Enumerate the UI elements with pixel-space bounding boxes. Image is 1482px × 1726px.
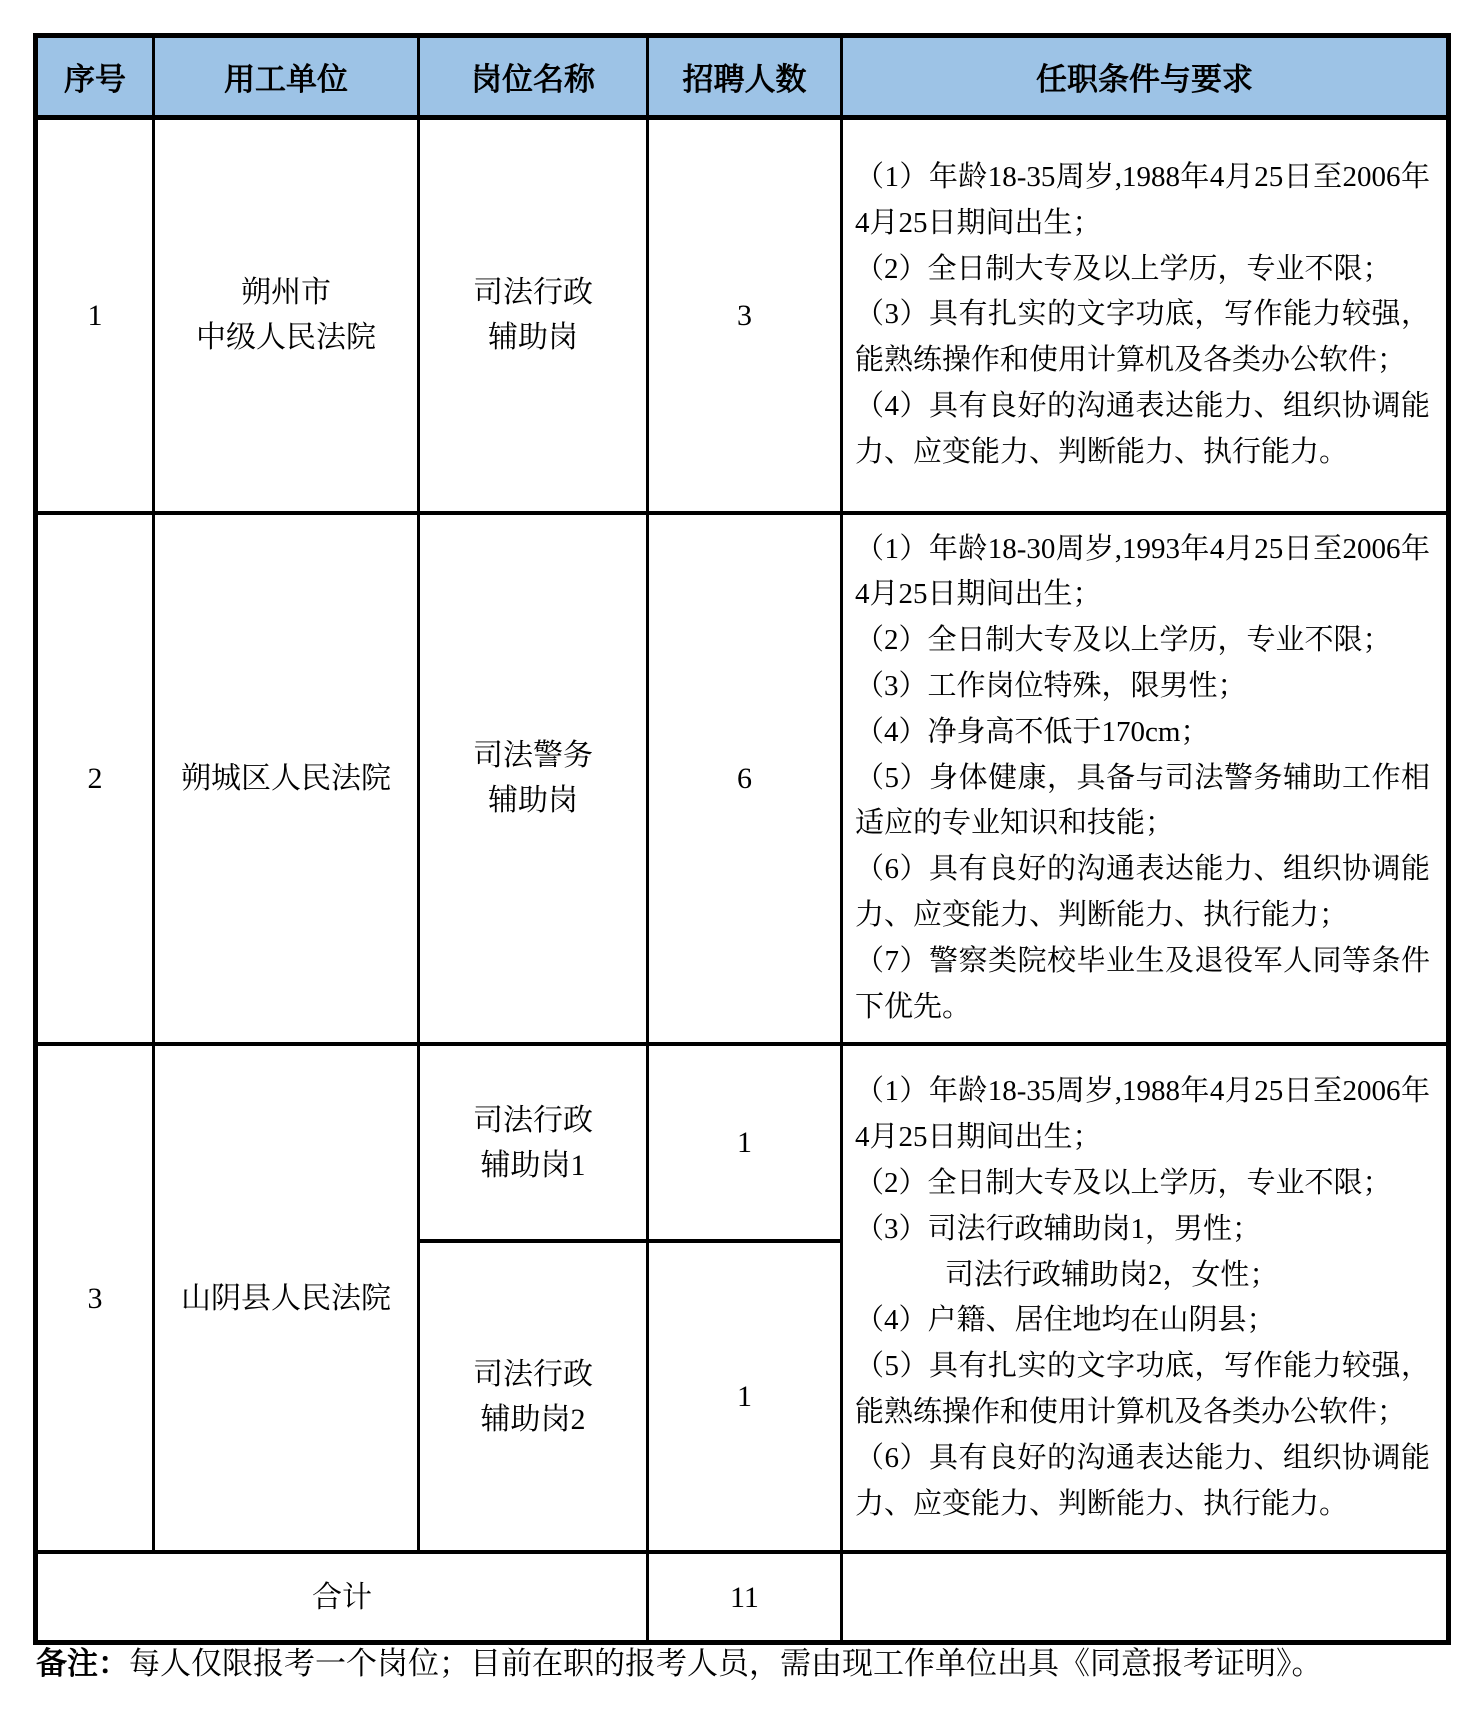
recruitment-table-wrap: 序号 用工单位 岗位名称 招聘人数 任职条件与要求 1 朔州市 中级人民法院 司… [33,33,1451,1645]
total-count: 11 [648,1552,842,1642]
requirement-line: （6）具有良好的沟通表达能力、组织协调能力、应变能力、判断能力、执行能力； [855,847,1430,939]
total-row: 合计 11 [36,1552,1449,1642]
requirement-line: （4）净身高不低于170cm； [855,710,1430,756]
row3-count-1: 1 [648,1044,842,1241]
row2-requirements: （1）年龄18-30周岁,1993年4月25日至2006年4月25日期间出生； … [842,513,1449,1045]
row3-no: 3 [36,1044,154,1552]
requirement-line: （2）全日制大专及以上学历，专业不限； [855,247,1430,293]
row2-count: 6 [648,513,842,1045]
row1-requirements: （1）年龄18-35周岁,1988年4月25日至2006年4月25日期间出生； … [842,118,1449,513]
row3-employer: 山阴县人民法院 [154,1044,419,1552]
requirement-line: （1）年龄18-30周岁,1993年4月25日至2006年4月25日期间出生； [855,527,1430,619]
header-cell-count: 招聘人数 [648,36,842,118]
requirement-line: （3）司法行政辅助岗1，男性； [855,1207,1430,1253]
header-row: 序号 用工单位 岗位名称 招聘人数 任职条件与要求 [36,36,1449,118]
row3-position-1: 司法行政 辅助岗1 [419,1044,648,1241]
row2-no: 2 [36,513,154,1045]
row2-position: 司法警务 辅助岗 [419,513,648,1045]
requirement-line: （1）年龄18-35周岁,1988年4月25日至2006年4月25日期间出生； [855,155,1430,247]
table-row: 1 朔州市 中级人民法院 司法行政 辅助岗 3 （1）年龄18-35周岁,198… [36,118,1449,513]
row2-employer: 朔城区人民法院 [154,513,419,1045]
table-row: 3 山阴县人民法院 司法行政 辅助岗1 1 （1）年龄18-35周岁,1988年… [36,1044,1449,1241]
requirement-line: （5）身体健康，具备与司法警务辅助工作相适应的专业知识和技能； [855,756,1430,848]
row1-position: 司法行政 辅助岗 [419,118,648,513]
row3-requirements: （1）年龄18-35周岁,1988年4月25日至2006年4月25日期间出生； … [842,1044,1449,1552]
row1-no: 1 [36,118,154,513]
header-cell-position: 岗位名称 [419,36,648,118]
row1-count: 3 [648,118,842,513]
table-row: 2 朔城区人民法院 司法警务 辅助岗 6 （1）年龄18-30周岁,1993年4… [36,513,1449,1045]
row3-position-2: 司法行政 辅助岗2 [419,1241,648,1552]
requirement-line: （3）工作岗位特殊，限男性； [855,664,1430,710]
total-requirements-empty [842,1552,1449,1642]
requirement-line: （5）具有扎实的文字功底，写作能力较强，能熟练操作和使用计算机及各类办公软件； [855,1344,1430,1436]
header-cell-no: 序号 [36,36,154,118]
row3-count-2: 1 [648,1241,842,1552]
footnote: 备注：每人仅限报考一个岗位；目前在职的报考人员，需由现工作单位出具《同意报考证明… [36,1642,1446,1685]
header-cell-employer: 用工单位 [154,36,419,118]
recruitment-table: 序号 用工单位 岗位名称 招聘人数 任职条件与要求 1 朔州市 中级人民法院 司… [33,33,1451,1645]
requirement-line: （6）具有良好的沟通表达能力、组织协调能力、应变能力、判断能力、执行能力。 [855,1436,1430,1528]
footnote-text: 每人仅限报考一个岗位；目前在职的报考人员，需由现工作单位出具《同意报考证明》。 [129,1646,1323,1681]
requirement-line: （2）全日制大专及以上学历，专业不限； [855,1161,1430,1207]
footnote-label: 备注： [36,1646,129,1681]
header-cell-requirements: 任职条件与要求 [842,36,1449,118]
requirement-line: 司法行政辅助岗2，女性； [855,1253,1430,1299]
row1-employer: 朔州市 中级人民法院 [154,118,419,513]
requirement-line: （4）具有良好的沟通表达能力、组织协调能力、应变能力、判断能力、执行能力。 [855,384,1430,476]
total-label: 合计 [36,1552,648,1642]
requirement-line: （4）户籍、居住地均在山阴县； [855,1298,1430,1344]
requirement-line: （2）全日制大专及以上学历，专业不限； [855,618,1430,664]
requirement-line: （7）警察类院校毕业生及退役军人同等条件下优先。 [855,939,1430,1031]
requirement-line: （3）具有扎实的文字功底，写作能力较强，能熟练操作和使用计算机及各类办公软件； [855,292,1430,384]
requirement-line: （1）年龄18-35周岁,1988年4月25日至2006年4月25日期间出生； [855,1069,1430,1161]
